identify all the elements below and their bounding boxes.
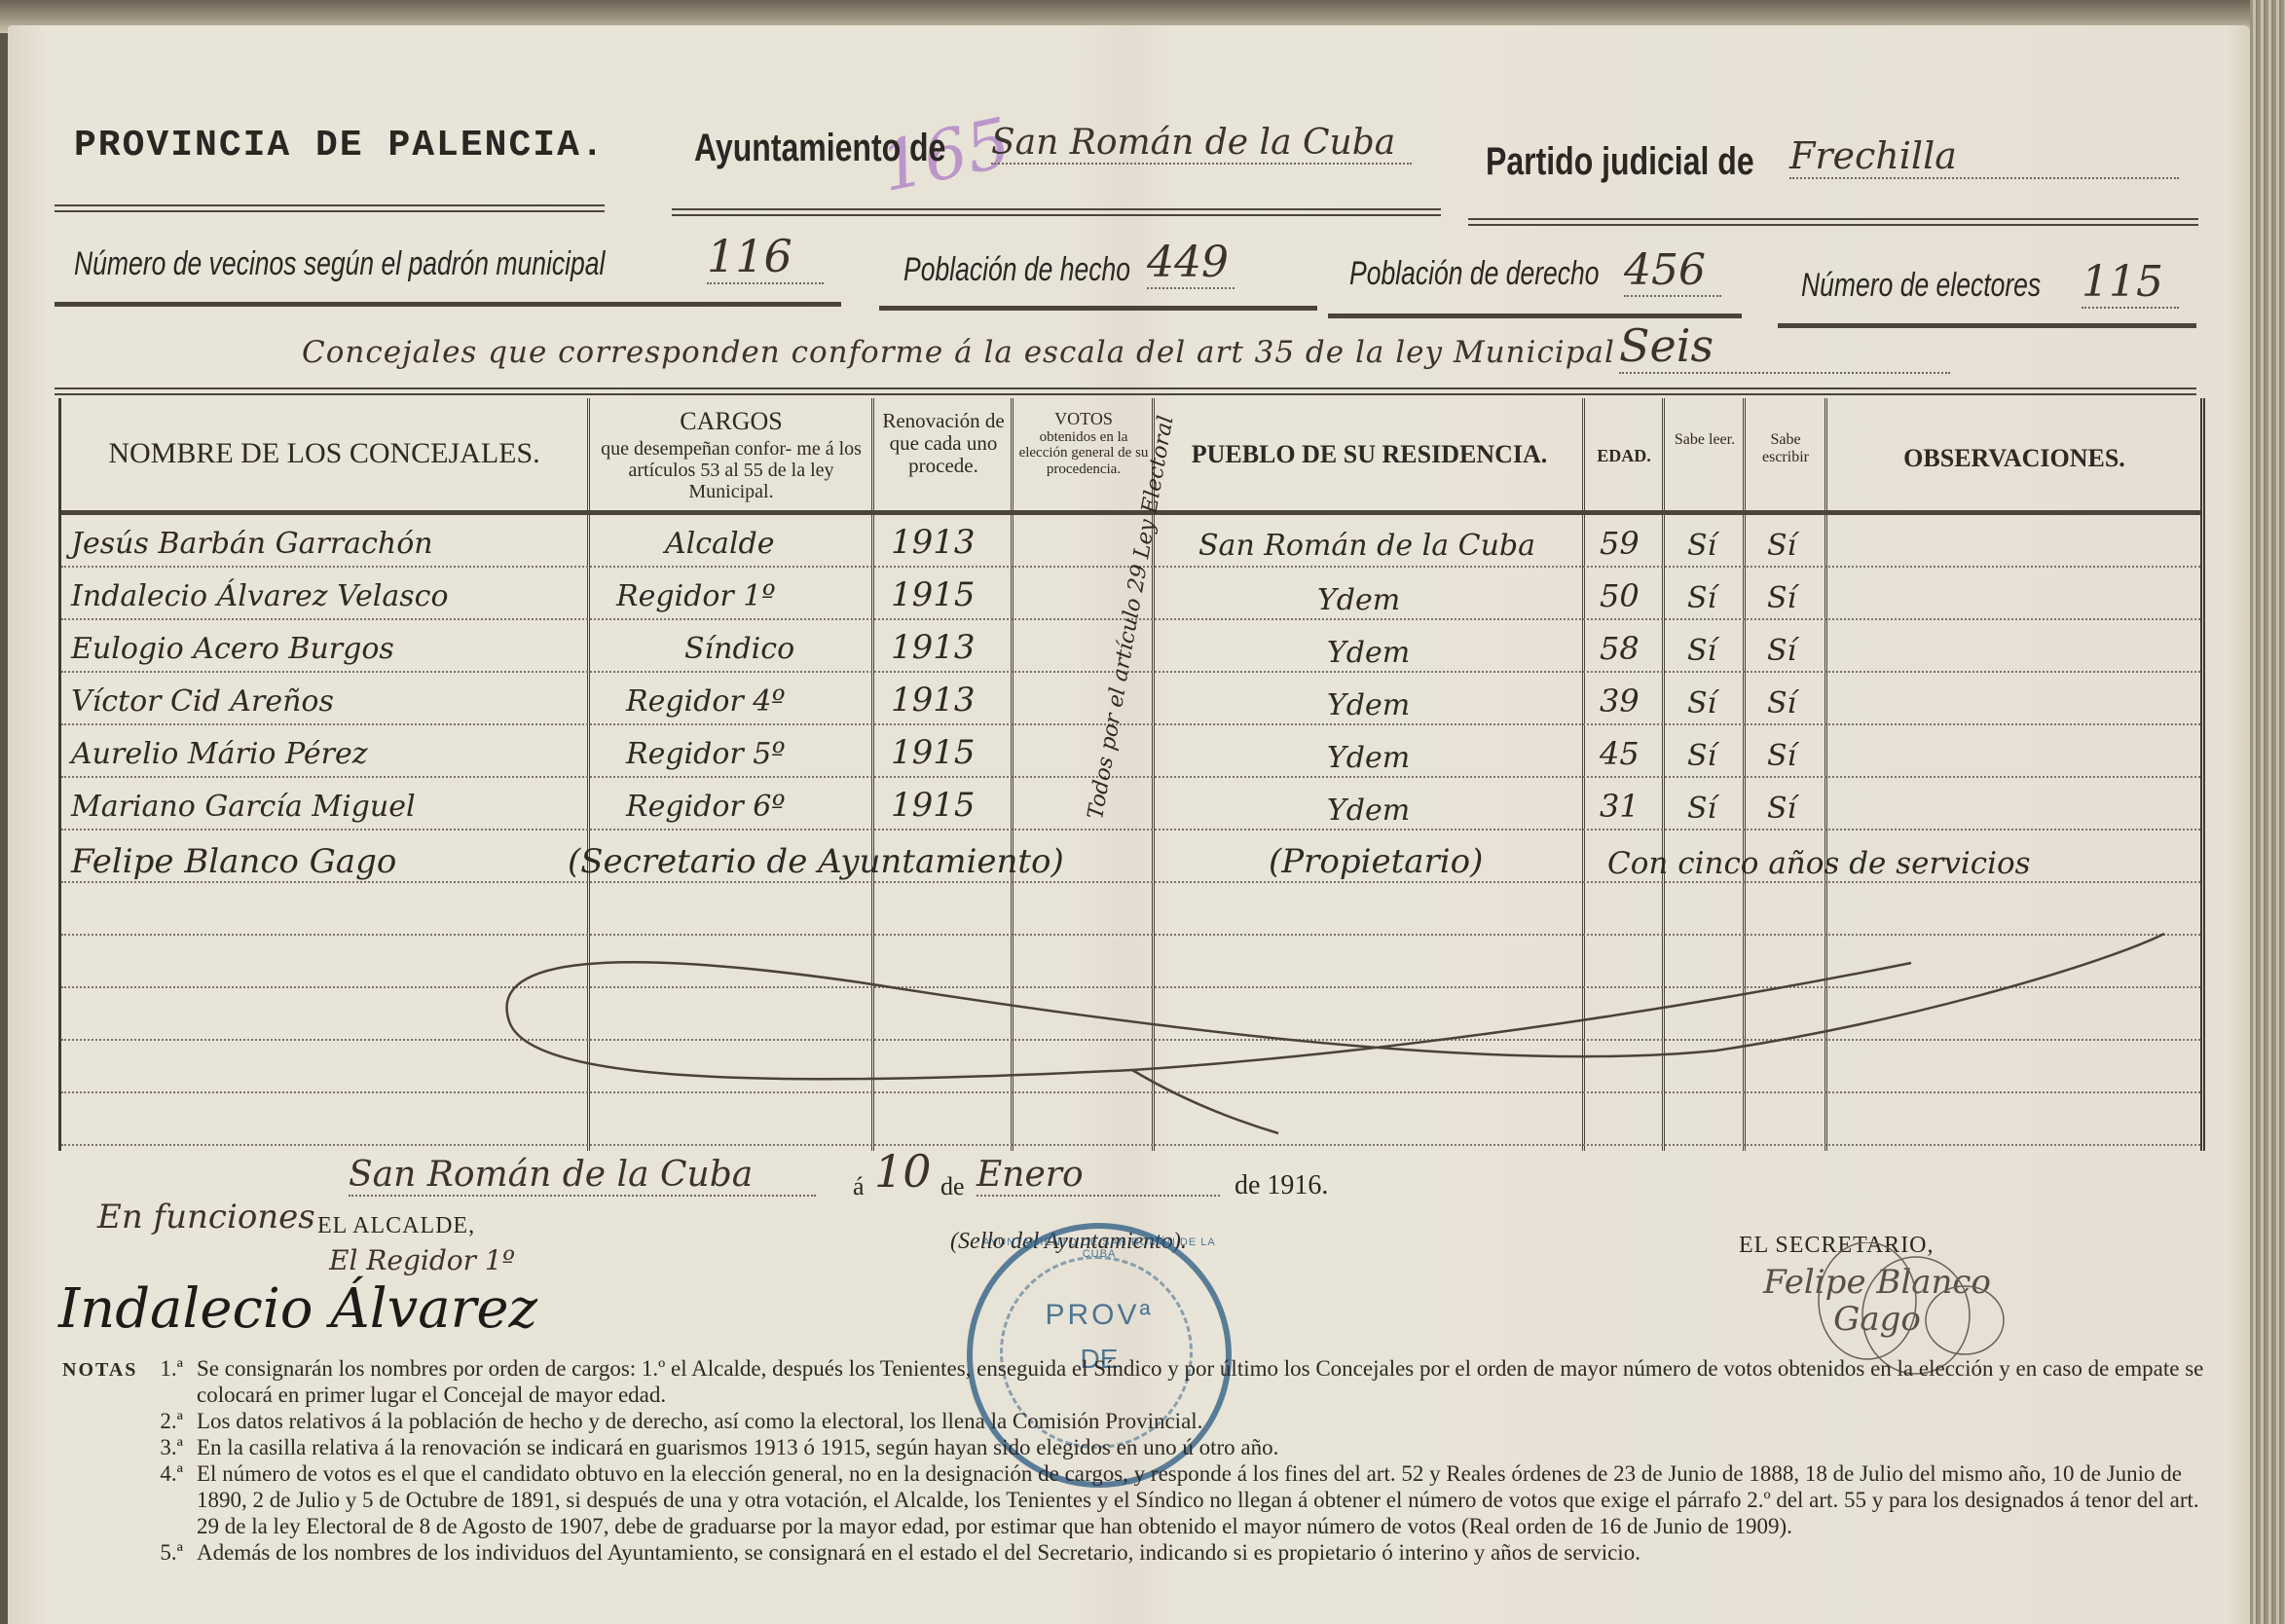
cell-cargo: Regidor 6º — [626, 790, 785, 824]
cell-renovacion: 1915 — [891, 575, 976, 614]
votos-title: VOTOS — [1015, 410, 1152, 429]
col-header-edad: EDAD. — [1585, 447, 1663, 466]
cell-edad: 50 — [1600, 577, 1640, 614]
row-rule — [61, 829, 2200, 830]
notes-title: NOTAS — [62, 1357, 137, 1384]
col-header-votos: VOTOS obtenidos en la elección general d… — [1015, 410, 1152, 477]
regidor-note: El Regidor 1º — [329, 1244, 515, 1276]
concejales-label: Concejales que corresponden conforme á l… — [302, 335, 1615, 370]
cell-pueblo: San Román de la Cuba — [1198, 529, 1535, 563]
cell-escribir: Sí — [1767, 581, 1796, 615]
cell-cargo: Regidor 5º — [626, 737, 785, 771]
cell-leer: Sí — [1687, 529, 1716, 563]
cell-renovacion: 1915 — [891, 786, 976, 825]
seal-text-ring: AYUNTAMIENTO DE SAN ROMÁN DE LA CUBA — [973, 1236, 1226, 1260]
note-text: El número de votos es el que el candidat… — [197, 1460, 2208, 1539]
row-rule — [61, 1144, 2200, 1146]
concejales-table: NOMBRE DE LOS CONCEJALES. CARGOS que des… — [58, 398, 2205, 1151]
col-header-nombre: NOMBRE DE LOS CONCEJALES. — [61, 437, 587, 469]
folio-stamp-mark: 165 — [873, 99, 1041, 244]
notes-section: NOTAS 1.ªSe consignarán los nombres por … — [66, 1355, 2208, 1566]
cell-edad: 45 — [1600, 735, 1640, 772]
cell-pueblo: Ydem — [1327, 794, 1410, 828]
note-text: Se consignarán los nombres por orden de … — [197, 1355, 2208, 1408]
header-divider — [61, 510, 2200, 515]
col-header-renovacion: Renovación de que cada uno procede. — [877, 410, 1010, 477]
cell-secretario-cargo: (Secretario de Ayuntamiento) — [568, 842, 1064, 881]
divider — [1328, 314, 1742, 318]
cell-leer: Sí — [1687, 792, 1716, 826]
book-page-edges — [2250, 0, 2285, 1624]
divider — [55, 302, 841, 307]
footer-year: de 1916. — [1235, 1170, 1328, 1201]
footer-a: á — [853, 1172, 865, 1201]
note-number: 2.ª — [66, 1408, 197, 1434]
footer-day: 10 — [874, 1145, 932, 1198]
cell-edad: 31 — [1600, 788, 1640, 825]
row-rule — [61, 723, 2200, 725]
cell-escribir: Sí — [1767, 529, 1796, 563]
cell-nombre: Eulogio Acero Burgos — [71, 632, 394, 666]
cancel-flourish — [451, 904, 2184, 1138]
concejales-value: Seis — [1619, 319, 1950, 374]
col-header-observaciones: OBSERVACIONES. — [1828, 445, 2200, 473]
divider — [879, 306, 1317, 311]
cell-edad: 39 — [1600, 683, 1640, 720]
cell-leer: Sí — [1687, 581, 1716, 615]
cell-renovacion: 1913 — [891, 628, 976, 667]
row-rule — [61, 776, 2200, 778]
cell-pueblo: Ydem — [1327, 636, 1410, 670]
cargos-title: CARGOS — [591, 408, 871, 436]
footer-de: de — [940, 1172, 965, 1201]
cell-nombre: Aurelio Mário Pérez — [71, 737, 368, 771]
cell-nombre: Jesús Barbán Garrachón — [71, 527, 433, 561]
partido-label: Partido judicial de — [1486, 140, 1754, 184]
hecho-value: 449 — [1147, 238, 1235, 289]
cell-nombre: Mariano García Miguel — [71, 790, 416, 824]
divider — [672, 208, 1441, 216]
cell-pueblo: Ydem — [1327, 741, 1410, 775]
ayuntamiento-value: San Román de la Cuba — [991, 123, 1412, 165]
cell-renovacion: 1915 — [891, 733, 976, 772]
en-funciones-note: En funciones — [97, 1198, 315, 1236]
cell-leer: Sí — [1687, 634, 1716, 668]
note-item: 4.ªEl número de votos es el que el candi… — [66, 1460, 2208, 1539]
province-title: PROVINCIA DE PALENCIA. — [74, 125, 606, 166]
cell-secretario-condicion: (Propietario) — [1269, 842, 1483, 881]
derecho-label: Población de derecho — [1349, 255, 1600, 293]
note-item: 3.ªEn la casilla relativa á la renovació… — [66, 1434, 2208, 1460]
divider — [55, 204, 605, 212]
cell-escribir: Sí — [1767, 792, 1796, 826]
cargos-sub: que desempeñan confor- me á los artículo… — [591, 438, 871, 502]
note-number: 3.ª — [66, 1434, 197, 1460]
cell-leer: Sí — [1687, 739, 1716, 773]
col-header-leer: Sabe leer. — [1666, 431, 1744, 449]
footer-place: San Román de la Cuba — [349, 1155, 816, 1197]
vecinos-label: Número de vecinos según el padrón munici… — [74, 245, 605, 283]
cell-edad: 58 — [1600, 630, 1640, 667]
col-header-cargos: CARGOS que desempeñan confor- me á los a… — [591, 408, 871, 502]
note-item: 1.ªSe consignarán los nombres por orden … — [66, 1355, 2208, 1408]
cell-pueblo: Ydem — [1327, 688, 1410, 722]
electores-value: 115 — [2082, 257, 2179, 309]
cell-pueblo: Ydem — [1317, 583, 1400, 617]
cell-edad: 59 — [1600, 525, 1640, 562]
divider — [1468, 218, 2198, 226]
document-page: 165 PROVINCIA DE PALENCIA. Ayuntamiento … — [8, 25, 2250, 1624]
cell-cargo: Alcalde — [665, 527, 775, 561]
partido-value: Frechilla — [1789, 134, 2179, 179]
derecho-value: 456 — [1624, 245, 1721, 297]
footer-month: Enero — [977, 1155, 1220, 1197]
cell-nombre: Víctor Cid Areños — [71, 684, 334, 719]
note-number: 5.ª — [66, 1539, 197, 1566]
col-header-escribir: Sabe escribir — [1747, 431, 1824, 465]
col-header-pueblo: PUEBLO DE SU RESIDENCIA. — [1157, 441, 1582, 469]
ayuntamiento-label: Ayuntamiento de — [694, 127, 945, 170]
cell-nombre: Indalecio Álvarez Velasco — [71, 579, 449, 613]
seal-text-prov: PROVª — [973, 1299, 1226, 1332]
cell-secretario-nombre: Felipe Blanco Gago — [71, 842, 396, 881]
cell-cargo: Síndico — [684, 632, 794, 666]
alcalde-signature: Indalecio Álvarez — [58, 1277, 537, 1341]
cell-leer: Sí — [1687, 686, 1716, 720]
votos-sub: obtenidos en la elección general de su p… — [1015, 429, 1152, 478]
alcalde-label: EL ALCALDE, — [317, 1213, 475, 1239]
electores-label: Número de electores — [1801, 267, 2041, 305]
divider — [55, 388, 2196, 395]
note-number: 4.ª — [66, 1460, 197, 1539]
note-text: Los datos relativos á la población de he… — [197, 1408, 2208, 1434]
note-text: Además de los nombres de los individuos … — [197, 1539, 2208, 1566]
cell-cargo: Regidor 1º — [616, 579, 775, 613]
cell-escribir: Sí — [1767, 739, 1796, 773]
cell-escribir: Sí — [1767, 686, 1796, 720]
row-rule — [61, 881, 2200, 883]
hecho-label: Población de hecho — [903, 251, 1130, 289]
cell-renovacion: 1913 — [891, 523, 976, 562]
cell-escribir: Sí — [1767, 634, 1796, 668]
note-text: En la casilla relativa á la renovación s… — [197, 1434, 2208, 1460]
vecinos-value: 116 — [707, 230, 824, 284]
cell-cargo: Regidor 4º — [626, 684, 785, 719]
note-item: 2.ªLos datos relativos á la población de… — [66, 1408, 2208, 1434]
cell-renovacion: 1913 — [891, 681, 976, 720]
note-item: 5.ªAdemás de los nombres de los individu… — [66, 1539, 2208, 1566]
cell-secretario-servicio: Con cinco años de servicios — [1607, 846, 2031, 881]
